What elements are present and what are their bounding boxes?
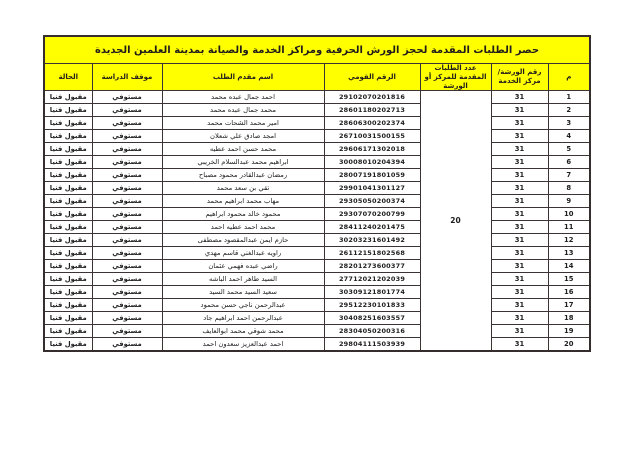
title-row: حصر الطلبات المقدمة لحجز الورش الحرفية و… [44,36,590,64]
cell-study-status: مستوفي [92,117,162,130]
cell-national-id: 28411240201475 [324,221,420,234]
col-header-apps-count: عدد الطلبات المقدمة للمركز أو الورشة [420,64,491,91]
applications-table: حصر الطلبات المقدمة لحجز الورش الحرفية و… [43,35,591,352]
table-row: 203129804111503939احمد عبدالعزيز سعدون ا… [44,338,590,352]
cell-serial: 20 [548,338,590,352]
cell-applicant-name: محمد حسن احمد عطيه [162,143,324,156]
cell-state: مقبول فنيا [44,169,92,182]
cell-workshop-no: 31 [491,325,548,338]
cell-state: مقبول فنيا [44,156,92,169]
cell-applicant-name: محمد شوقي محمد ابوالعايف [162,325,324,338]
cell-applicant-name: تقي بن سعد محمد [162,182,324,195]
table-row: 103129307070200799محمود خالد محمود ابراه… [44,208,590,221]
cell-workshop-no: 31 [491,312,548,325]
cell-study-status: مستوفي [92,195,162,208]
cell-applicant-name: رمضان عبدالقادر محمود مصباح [162,169,324,182]
cell-state: مقبول فنيا [44,143,92,156]
cell-study-status: مستوفي [92,338,162,352]
cell-national-id: 29901041301127 [324,182,420,195]
cell-national-id: 29512230101833 [324,299,420,312]
header-row: م رقم الورشة/ مركز الخدمة عدد الطلبات ال… [44,64,590,91]
cell-applicant-name: مهاب محمد ابراهيم محمد [162,195,324,208]
cell-serial: 14 [548,260,590,273]
cell-national-id: 29305050200374 [324,195,420,208]
cell-serial: 5 [548,143,590,156]
cell-state: مقبول فنيا [44,104,92,117]
cell-study-status: مستوفي [92,260,162,273]
cell-study-status: مستوفي [92,130,162,143]
cell-state: مقبول فنيا [44,273,92,286]
cell-serial: 19 [548,325,590,338]
table-row: 33128606300202374امير محمد الشحات محمدمس… [44,117,590,130]
cell-applicant-name: راويه عبدالغني قاسم مهدي [162,247,324,260]
table-body: 1312029102070201816احمد جمال عبده محمدمس… [44,91,590,352]
table-row: 133126112151802568راويه عبدالغني قاسم مه… [44,247,590,260]
cell-workshop-no: 31 [491,91,548,104]
cell-workshop-no: 31 [491,234,548,247]
cell-apps-count-merged: 20 [420,91,491,352]
cell-workshop-no: 31 [491,169,548,182]
cell-applicant-name: محمود خالد محمود ابراهيم [162,208,324,221]
cell-applicant-name: امجد صادق علي شعلان [162,130,324,143]
table-row: 63130008010204394ابراهيم محمد عبدالسلام … [44,156,590,169]
cell-national-id: 30203231601492 [324,234,420,247]
cell-workshop-no: 31 [491,182,548,195]
cell-national-id: 28606300202374 [324,117,420,130]
cell-workshop-no: 31 [491,338,548,352]
cell-state: مقبول فنيا [44,130,92,143]
cell-state: مقبول فنيا [44,117,92,130]
cell-workshop-no: 31 [491,156,548,169]
cell-study-status: مستوفي [92,273,162,286]
cell-applicant-name: امير محمد الشحات محمد [162,117,324,130]
table-row: 173129512230101833عبدالرحمن ناجي حسن محم… [44,299,590,312]
cell-serial: 11 [548,221,590,234]
cell-state: مقبول فنيا [44,91,92,104]
table-row: 183130408251603557عبدالرحمن احمد ابراهيم… [44,312,590,325]
cell-national-id: 28007191801059 [324,169,420,182]
cell-workshop-no: 31 [491,273,548,286]
cell-state: مقبول فنيا [44,182,92,195]
cell-study-status: مستوفي [92,156,162,169]
cell-workshop-no: 31 [491,195,548,208]
cell-state: مقبول فنيا [44,195,92,208]
cell-serial: 2 [548,104,590,117]
table-row: 153127712021202039السيد طاهر احمد الباشه… [44,273,590,286]
cell-applicant-name: احمد عبدالعزيز سعدون احمد [162,338,324,352]
cell-study-status: مستوفي [92,169,162,182]
cell-state: مقبول فنيا [44,286,92,299]
cell-national-id: 26112151802568 [324,247,420,260]
cell-national-id: 26710031500155 [324,130,420,143]
col-header-serial: م [548,64,590,91]
col-header-study-status: موقف الدراسة [92,64,162,91]
cell-state: مقبول فنيا [44,234,92,247]
cell-serial: 7 [548,169,590,182]
cell-workshop-no: 31 [491,130,548,143]
cell-study-status: مستوفي [92,208,162,221]
col-header-national-id: الرقم القومي [324,64,420,91]
cell-study-status: مستوفي [92,286,162,299]
cell-workshop-no: 31 [491,208,548,221]
cell-workshop-no: 31 [491,286,548,299]
cell-state: مقبول فنيا [44,312,92,325]
cell-serial: 1 [548,91,590,104]
cell-national-id: 27712021202039 [324,273,420,286]
cell-study-status: مستوفي [92,143,162,156]
cell-study-status: مستوفي [92,182,162,195]
cell-serial: 9 [548,195,590,208]
cell-study-status: مستوفي [92,247,162,260]
col-header-applicant-name: اسم مقدم الطلب [162,64,324,91]
table-row: 123130203231601492حازم ايمن عبدالمقصود م… [44,234,590,247]
cell-national-id: 30008010204394 [324,156,420,169]
cell-national-id: 28201273600377 [324,260,420,273]
table-row: 53129606171302018محمد حسن احمد عطيهمستوف… [44,143,590,156]
cell-applicant-name: عبدالرحمن ناجي حسن محمود [162,299,324,312]
cell-state: مقبول فنيا [44,221,92,234]
table-row: 73128007191801059رمضان عبدالقادر محمود م… [44,169,590,182]
cell-workshop-no: 31 [491,299,548,312]
cell-serial: 15 [548,273,590,286]
cell-applicant-name: السيد طاهر احمد الباشه [162,273,324,286]
cell-state: مقبول فنيا [44,208,92,221]
cell-study-status: مستوفي [92,221,162,234]
table-row: 43126710031500155امجد صادق علي شعلانمستو… [44,130,590,143]
cell-national-id: 30408251603557 [324,312,420,325]
table-row: 1312029102070201816احمد جمال عبده محمدمس… [44,91,590,104]
cell-serial: 18 [548,312,590,325]
report-title: حصر الطلبات المقدمة لحجز الورش الحرفية و… [44,36,590,64]
col-header-state: الحالة [44,64,92,91]
cell-serial: 13 [548,247,590,260]
table-row: 93129305050200374مهاب محمد ابراهيم محمدم… [44,195,590,208]
cell-workshop-no: 31 [491,221,548,234]
table-row: 193128304050200316محمد شوقي محمد ابوالعا… [44,325,590,338]
cell-study-status: مستوفي [92,104,162,117]
cell-serial: 3 [548,117,590,130]
table-row: 143128201273600377راضي عبده فهمي عثمانمس… [44,260,590,273]
cell-study-status: مستوفي [92,234,162,247]
cell-serial: 6 [548,156,590,169]
cell-study-status: مستوفي [92,312,162,325]
cell-applicant-name: حازم ايمن عبدالمقصود مصطفى [162,234,324,247]
cell-study-status: مستوفي [92,325,162,338]
cell-applicant-name: ابراهيم محمد عبدالسلام الخريبي [162,156,324,169]
cell-workshop-no: 31 [491,104,548,117]
cell-workshop-no: 31 [491,247,548,260]
cell-serial: 16 [548,286,590,299]
cell-national-id: 29804111503939 [324,338,420,352]
cell-national-id: 29102070201816 [324,91,420,104]
table-row: 23128601180202713محمد جمال عبده محمدمستو… [44,104,590,117]
document-page: حصر الطلبات المقدمة لحجز الورش الحرفية و… [0,0,640,452]
cell-study-status: مستوفي [92,299,162,312]
cell-state: مقبول فنيا [44,260,92,273]
cell-applicant-name: سعيد السيد محمد السيد [162,286,324,299]
cell-national-id: 29307070200799 [324,208,420,221]
cell-national-id: 29606171302018 [324,143,420,156]
cell-workshop-no: 31 [491,260,548,273]
cell-workshop-no: 31 [491,143,548,156]
table-row: 163130309121801774سعيد السيد محمد السيدم… [44,286,590,299]
cell-workshop-no: 31 [491,117,548,130]
cell-state: مقبول فنيا [44,338,92,352]
cell-state: مقبول فنيا [44,299,92,312]
table-row: 113128411240201475محمد احمد عطيه احمدمست… [44,221,590,234]
cell-national-id: 28601180202713 [324,104,420,117]
cell-applicant-name: راضي عبده فهمي عثمان [162,260,324,273]
cell-applicant-name: محمد جمال عبده محمد [162,104,324,117]
cell-study-status: مستوفي [92,91,162,104]
cell-serial: 12 [548,234,590,247]
cell-serial: 8 [548,182,590,195]
col-header-workshop-no: رقم الورشة/ مركز الخدمة [491,64,548,91]
cell-state: مقبول فنيا [44,247,92,260]
cell-serial: 10 [548,208,590,221]
cell-applicant-name: عبدالرحمن احمد ابراهيم جاد [162,312,324,325]
cell-applicant-name: محمد احمد عطيه احمد [162,221,324,234]
cell-national-id: 30309121801774 [324,286,420,299]
cell-serial: 4 [548,130,590,143]
cell-national-id: 28304050200316 [324,325,420,338]
table-row: 83129901041301127تقي بن سعد محمدمستوفيمق… [44,182,590,195]
cell-state: مقبول فنيا [44,325,92,338]
cell-serial: 17 [548,299,590,312]
cell-applicant-name: احمد جمال عبده محمد [162,91,324,104]
